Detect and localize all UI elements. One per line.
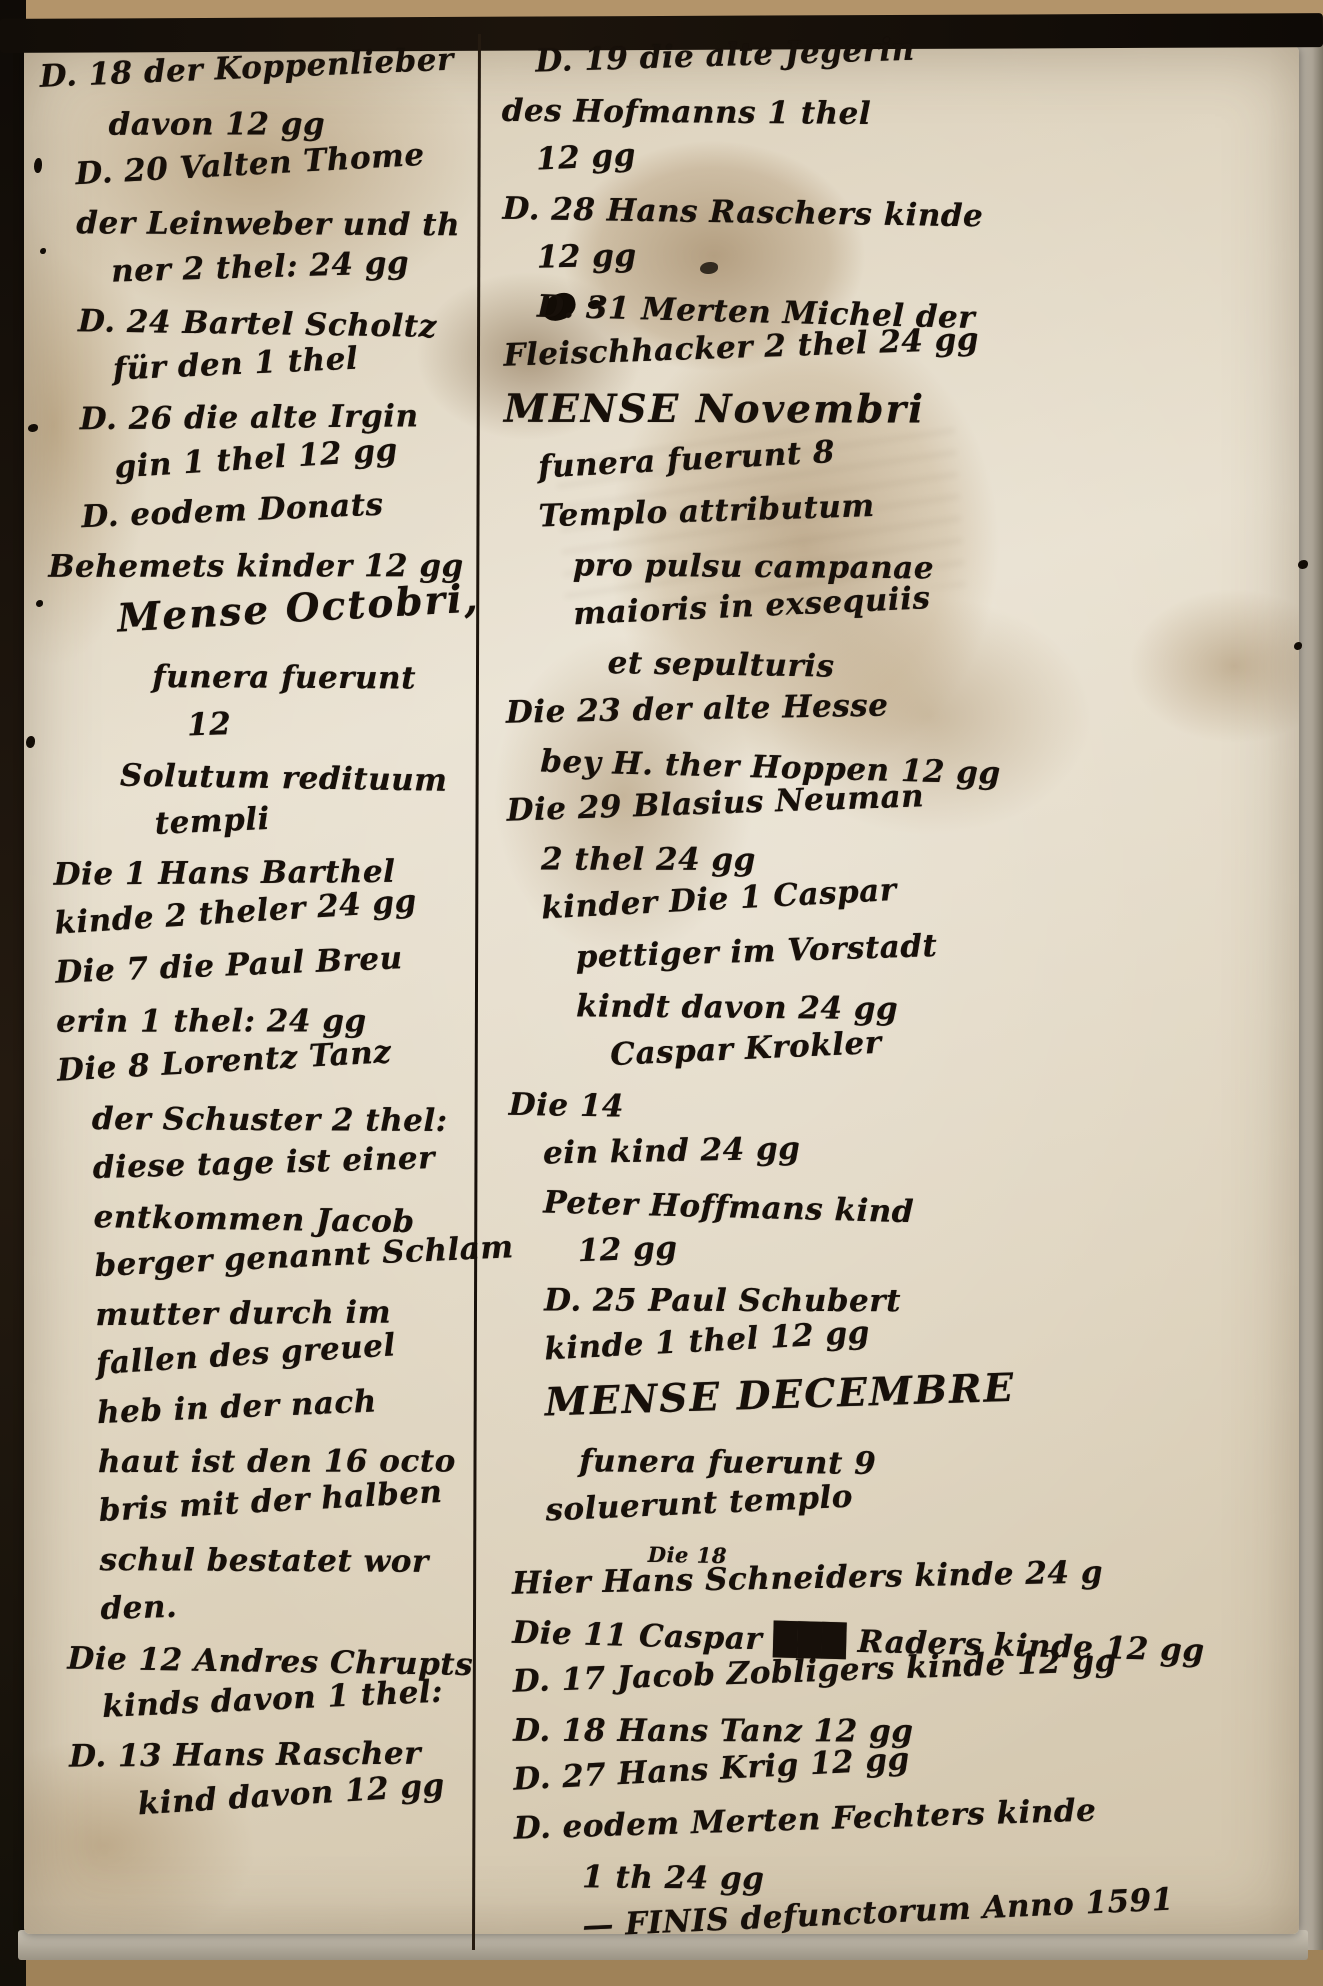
register-line: D. 20 Valten Thome: [75, 137, 472, 190]
register-line: davon 12 gg: [109, 109, 471, 141]
register-line: gin 1 thel 12 gg: [114, 430, 477, 484]
register-line: heb in der nach: [96, 1382, 493, 1430]
register-line: Hier Hans Schneiders kinde 24 g: [512, 1553, 1312, 1599]
register-line: pettiger im Vorstadt: [575, 919, 1308, 973]
register-line: kind davon 12 gg: [137, 1767, 500, 1821]
register-line: der Leinweber und th: [76, 208, 472, 241]
register-line: mutter durch im: [95, 1297, 491, 1331]
binding-shadow-edge: [0, 0, 26, 1986]
register-line: D. 24 Bartel Scholtz: [78, 306, 474, 343]
register-line: D. 26 die alte Irgin: [80, 401, 476, 435]
register-line: 12 gg: [537, 228, 1303, 274]
register-line: Solutum redituum: [120, 761, 482, 798]
register-line: Templo attributum: [538, 478, 1305, 533]
register-line: diese tage ist einer: [92, 1141, 489, 1184]
register-line: schul bestatet wor: [100, 1545, 496, 1578]
register-line: kinds davon 1 thel:: [102, 1674, 499, 1723]
register-line: D. eodem Donats: [81, 486, 478, 534]
register-line: funera fuerunt: [152, 662, 480, 695]
register-line: Die 7 die Paul Breu: [55, 940, 486, 989]
register-line: erin 1 thel: 24 gg: [56, 1006, 486, 1038]
register-line: der Schuster 2 thel:: [92, 1104, 488, 1137]
register-line: 12: [187, 702, 482, 742]
right-register-column: D. 19 die alte Jegerindes Hofmanns 1 the…: [501, 41, 1314, 1961]
register-line: berger genannt Schlam: [94, 1233, 491, 1282]
left-register-column: D. 18 der Koppenlieberdavon 12 ggD. 20 V…: [40, 54, 501, 1839]
register-line: für den 1 thel: [112, 338, 475, 385]
register-line: fallen des greuel: [95, 1324, 492, 1380]
register-line: templi: [154, 794, 483, 840]
register-line: Die 23 der alte Hesse: [506, 682, 1306, 728]
register-line: D. eodem Merten Fechters kinde: [513, 1789, 1314, 1845]
month-heading: Mense Octobri,: [116, 579, 480, 638]
register-line: den.: [100, 1582, 497, 1625]
register-line: ner 2 thel: 24 gg: [111, 246, 474, 288]
register-line: Die 8 Lorentz Tanz: [56, 1032, 487, 1087]
month-heading: MENSE DECEMBRE: [544, 1359, 1311, 1422]
register-line: ein kind 24 gg: [543, 1124, 1309, 1170]
register-line: bris mit der halben: [98, 1474, 495, 1527]
manuscript-page: D. 18 der Koppenlieberdavon 12 ggD. 20 V…: [0, 0, 1323, 1986]
